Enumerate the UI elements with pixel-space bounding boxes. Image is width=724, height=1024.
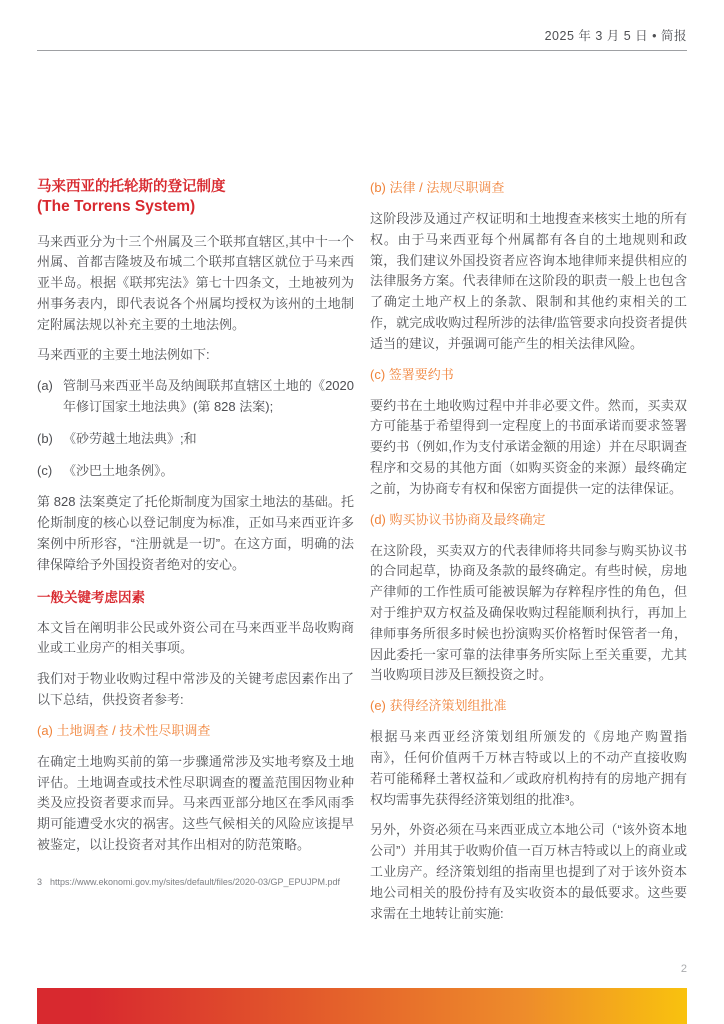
section-e-paragraph-2: 另外，外资必须在马来西亚成立本地公司（“该外资本地公司”）并用其于收购价值一百万…: [370, 820, 687, 924]
key-factors-title: 一般关键考虑因素: [37, 588, 354, 608]
briefing-page: 2025 年 3 月 5 日 • 简报 马来西亚的托轮斯的登记制度 (The T…: [0, 0, 724, 1024]
page-number: 2: [681, 963, 687, 975]
law-item-marker: (c): [37, 461, 63, 482]
key-factors-paragraph-1: 本文旨在阐明非公民或外资公司在马来西亚半岛收购商业或工业房产的相关事项。: [37, 618, 354, 660]
section-e-title: (e) 获得经济策划组批准: [370, 696, 687, 716]
section-e-paragraph-1: 根据马来西亚经济策划组所颁发的《房地产购置指南》，任何价值两千万林吉特或以上的不…: [370, 727, 687, 810]
law-item-text: 《砂劳越土地法典》;和: [63, 429, 354, 450]
law-list-intro: 马来西亚的主要土地法例如下:: [37, 345, 354, 366]
section-a-title: (a) 土地调查 / 技术性尽职调查: [37, 721, 354, 741]
torrens-title-zh: 马来西亚的托轮斯的登记制度: [37, 178, 354, 197]
torrens-intro-paragraph: 马来西亚分为十三个州属及三个联邦直辖区,其中十一个州属、首都吉隆坡及布城二个联邦…: [37, 232, 354, 336]
law-item-text: 管制马来西亚半岛及纳闽联邦直辖区土地的《2020年修订国家土地法典》(第 828…: [63, 376, 354, 418]
section-a-paragraph: 在确定土地购买前的第一步骤通常涉及实地考察及土地评估。土地调查或技术性尽职调查的…: [37, 752, 354, 856]
law-list-item-a: (a) 管制马来西亚半岛及纳闽联邦直辖区土地的《2020年修订国家土地法典》(第…: [37, 376, 354, 418]
content-columns: 马来西亚的托轮斯的登记制度 (The Torrens System) 马来西亚分…: [37, 178, 687, 934]
torrens-closing-paragraph: 第 828 法案奠定了托伦斯制度为国家土地法的基础。托伦斯制度的核心以登记制度为…: [37, 492, 354, 575]
left-column: 马来西亚的托轮斯的登记制度 (The Torrens System) 马来西亚分…: [37, 178, 354, 934]
section-b-title: (b) 法律 / 法规尽职调查: [370, 178, 687, 198]
law-item-marker: (a): [37, 376, 63, 418]
key-factors-paragraph-2: 我们对于物业收购过程中常涉及的关键考虑因素作出了以下总结，供投资者参考:: [37, 669, 354, 711]
law-item-text: 《沙巴土地条例》。: [63, 461, 354, 482]
right-column: (b) 法律 / 法规尽职调查 这阶段涉及通过产权证明和土地搜查来核实土地的所有…: [370, 178, 687, 934]
law-list-item-c: (c) 《沙巴土地条例》。: [37, 461, 354, 482]
section-d-paragraph: 在这阶段，买卖双方的代表律师将共同参与购买协议书的合同起草，协商及条款的最终确定…: [370, 541, 687, 687]
footnote: 3 https://www.ekonomi.gov.my/sites/defau…: [37, 876, 357, 888]
torrens-title-en: (The Torrens System): [37, 197, 354, 216]
footnote-number: 3: [37, 876, 42, 888]
law-item-marker: (b): [37, 429, 63, 450]
law-list-item-b: (b) 《砂劳越土地法典》;和: [37, 429, 354, 450]
section-b-paragraph: 这阶段涉及通过产权证明和土地搜查来核实土地的所有权。由于马来西亚每个州属都有各自…: [370, 209, 687, 355]
header-divider: [37, 50, 687, 51]
header-date: 2025 年 3 月 5 日 • 简报: [545, 26, 687, 44]
footer-gradient-bar: [37, 988, 687, 1024]
section-c-paragraph: 要约书在土地收购过程中并非必要文件。然而，买卖双方可能基于希望得到一定程度上的书…: [370, 396, 687, 500]
section-c-title: (c) 签署要约书: [370, 365, 687, 385]
section-d-title: (d) 购买协议书协商及最终确定: [370, 510, 687, 530]
footnote-url-link[interactable]: https://www.ekonomi.gov.my/sites/default…: [50, 876, 340, 888]
